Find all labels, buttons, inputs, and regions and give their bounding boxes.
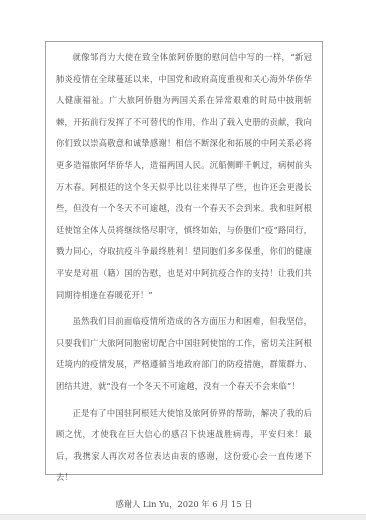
letter-body: 就像邹肖力大使在致全体旅阿侨胞的慰问信中写的一样，“新冠肺炎疫情在全球蔓延以来，… xyxy=(45,41,323,475)
signature-line: 感谢人 Lin Yu，2020 年 6 月 15 日 xyxy=(56,494,312,516)
page-bottom-strip xyxy=(0,514,366,520)
letter-paragraph-1: 就像邹肖力大使在致全体旅阿侨胞的慰问信中写的一样，“新冠肺炎疫情在全球蔓延以来，… xyxy=(56,47,312,306)
document-page: 就像邹肖力大使在致全体旅阿侨胞的慰问信中写的一样，“新冠肺炎疫情在全球蔓延以来，… xyxy=(0,0,366,520)
letter-paragraph-2: 虽然我们目前面临疫情所造成的各方面压力和困难，但我坚信，只要我们广大旅阿同胞密切… xyxy=(56,311,312,397)
letter-paragraph-3: 正是有了中国驻阿根廷大使馆及旅阿侨界的帮助，解决了我的后顾之忧，才使我在巨大信心… xyxy=(56,403,312,489)
